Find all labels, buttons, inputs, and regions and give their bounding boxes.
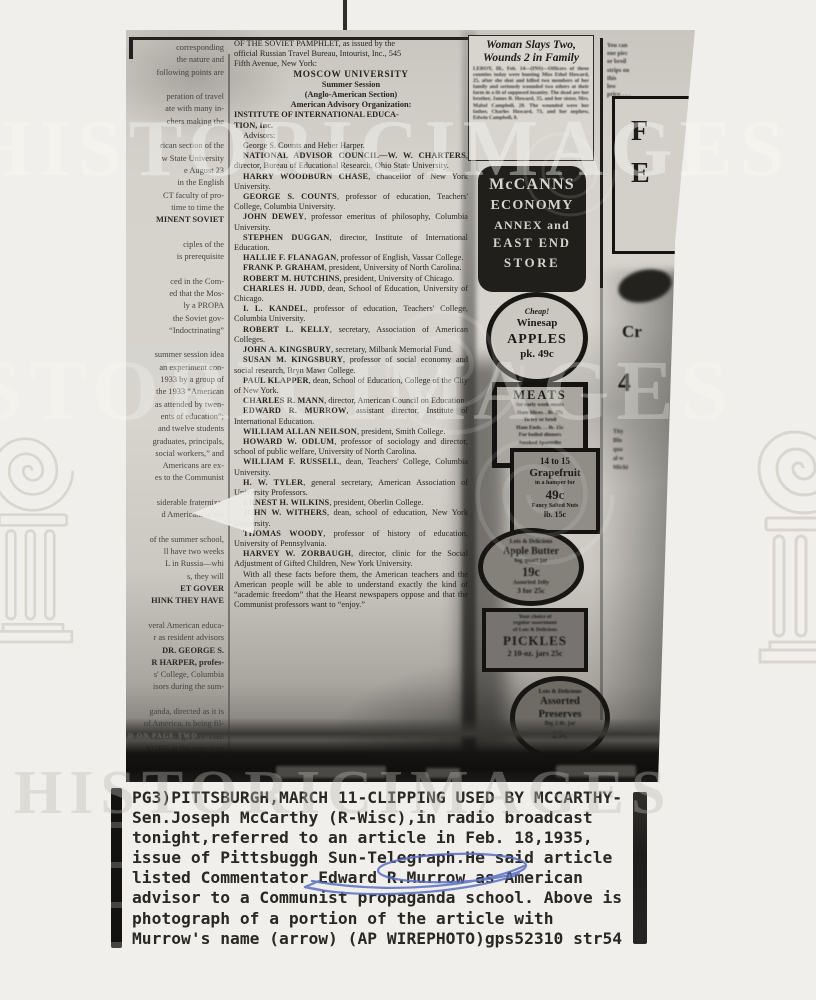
advisor-entry: WILLIAM F. RUSSELL, dean, Teachers' Coll… xyxy=(234,457,468,477)
left-column-line: in the English xyxy=(128,177,224,189)
advisor-entry: FRANK P. GRAHAM, president, University o… xyxy=(234,263,468,273)
right-column-fragment: 4 xyxy=(618,368,631,398)
left-column-line: r as resident advisors xyxy=(128,632,224,644)
left-column-line: the 1933 “American xyxy=(128,386,224,398)
left-column-line: ate with many in- xyxy=(128,103,224,115)
advisor-entry: HARVEY W. ZORBAUGH, director, clinic for… xyxy=(234,549,468,569)
left-article-column: correspondingthe nature andfollowing poi… xyxy=(128,42,228,829)
left-column-line: as attended by twen- xyxy=(128,399,224,411)
advisor-entry: HALLIE F. FLANAGAN, professor of English… xyxy=(234,253,468,263)
intro-line: official Russian Travel Bureau, Intouris… xyxy=(234,49,468,59)
left-column-line: ed that the Mos- xyxy=(128,288,224,300)
continued-on-page-two: D ON PAGE TWO xyxy=(128,732,198,740)
left-column-line: time to time the xyxy=(128,202,224,214)
advisor-entry: HARRY WOODBURN CHASE, chancellor of New … xyxy=(234,172,468,192)
column-rule xyxy=(600,38,603,288)
left-column-line: corresponding xyxy=(128,42,224,54)
advisor-entry: H. W. TYLER, general secretary, American… xyxy=(234,478,468,498)
apple-butter-ad-line: 19c xyxy=(483,565,579,580)
right-column-fragment: Cr xyxy=(622,322,642,342)
left-column-line xyxy=(128,263,224,275)
mccanns-ad-line: McCANNS xyxy=(478,176,586,194)
org-line: INSTITUTE OF INTERNATIONAL EDUCA- xyxy=(234,110,468,120)
right-column-text: You canone piecor broilstrips onthislowp… xyxy=(607,42,677,99)
left-column-line xyxy=(128,522,224,534)
photo-bottom-shadow: D ON PAGE TWO xyxy=(126,718,695,782)
apple-butter-ad-line: Apple Butter xyxy=(483,546,579,558)
meats-ad-line: For boiled dinners xyxy=(497,432,583,440)
grapefruit-ad: 14 to 15Grapefruitin a hamper for49cFanc… xyxy=(510,448,600,534)
left-column-line xyxy=(128,337,224,349)
left-column-line xyxy=(128,226,224,238)
column-logo-icon xyxy=(0,428,86,658)
right-column-ad-box: F E xyxy=(612,96,696,254)
left-column-line: ll have two weeks xyxy=(128,546,224,558)
newspaper-photo: correspondingthe nature andfollowing poi… xyxy=(126,30,695,782)
meats-ad-line: To fry or broil xyxy=(497,417,583,425)
meats-ad-line: Smoked Spareribs xyxy=(497,440,583,448)
left-column-line: is prerequisite xyxy=(128,251,224,263)
intro-line: OF THE SOVIET PAMPHLET, as issued by the xyxy=(234,39,468,49)
advisor-entry: EDWARD R. MURROW, assistant director, In… xyxy=(234,406,468,426)
left-column-line: CT faculty of pro- xyxy=(128,190,224,202)
advisor-entry: HOWARD W. ODLUM, professor of sociology … xyxy=(234,437,468,457)
left-column-line: summer session idea xyxy=(128,349,224,361)
advisor-entry: JOHN DEWEY, professor emeritus of philos… xyxy=(234,212,468,232)
apples-ad: Cheap!WinesapAPPLESpk. 49c xyxy=(486,292,588,384)
caption-line: tonight,referred to an article in Feb. 1… xyxy=(132,828,644,848)
mccanns-ad-line: ANNEX and xyxy=(478,218,586,233)
left-column-line: e August 23 xyxy=(128,165,224,177)
apple-butter-ad-line: big quart jar xyxy=(483,558,579,565)
ad-letter: E xyxy=(631,153,693,195)
wirephoto-caption: PG3)PITTSBURGH,MARCH 11-CLIPPING USED BY… xyxy=(132,788,644,949)
left-column-line: and twelve students xyxy=(128,423,224,435)
left-column-line: w State University xyxy=(128,153,224,165)
advisor-entry: ROBERT M. HUTCHINS, president, Universit… xyxy=(234,274,468,284)
meats-ad-line: MEATS xyxy=(497,389,583,402)
left-column-line: s, they will xyxy=(128,571,224,583)
right-column-line: this xyxy=(607,75,677,83)
right-column-line: Thy xyxy=(613,428,675,437)
apple-butter-ad: Lots & DeliciousApple Butterbig quart ja… xyxy=(478,528,584,606)
advisor-entry: SUSAN M. KINGSBURY, professor of social … xyxy=(234,355,468,375)
right-column-line: strips on xyxy=(607,67,677,75)
left-column-line: s' College, Columbia xyxy=(128,669,224,681)
apples-ad-line: APPLES xyxy=(491,331,583,349)
organization-name: INSTITUTE OF INTERNATIONAL EDUCA-TION, I… xyxy=(234,110,468,130)
press-photo-scan: { "photo": { "left_column": { "lines": [… xyxy=(0,0,816,1000)
intro-line: Fifth Avenue, New York: xyxy=(234,59,468,69)
right-column-line: Michi xyxy=(613,464,675,473)
left-column-line: HINK THEY HAVE xyxy=(128,595,224,607)
left-column-line xyxy=(128,608,224,620)
preserves-ad-line: Assorted xyxy=(515,696,605,709)
advisor-entry: THOMAS WOODY, professor of history of ed… xyxy=(234,529,468,549)
caption-line: advisor to a Communist propaganda school… xyxy=(132,888,644,908)
left-column-line: ET GOVER xyxy=(128,583,224,595)
right-column-line: or broil xyxy=(607,58,677,66)
soviet-pamphlet-article: OF THE SOVIET PAMPHLET, as issued by the… xyxy=(234,39,468,610)
left-column-line: Americans are ex- xyxy=(128,460,224,472)
left-column-line: ganda, directed as it is xyxy=(128,706,224,718)
left-column-line: isors during the sum- xyxy=(128,681,224,693)
left-column-line: L in Russia—whi xyxy=(128,558,224,570)
advisor-entry: ERNEST H. WILKINS, president, Oberlin Co… xyxy=(234,498,468,508)
left-column-line xyxy=(128,694,224,706)
advisor-entry: NATIONAL ADVISOR COUNCIL—W. W. CHARTERS,… xyxy=(234,151,468,171)
column-rule xyxy=(228,54,230,754)
left-column-line: “Indoctrinating” xyxy=(128,325,224,337)
left-column-line: of the summer school, xyxy=(128,534,224,546)
grapefruit-ad-line: in a hamper for xyxy=(514,480,596,487)
pickles-ad: Your choice ofregular assortmentof Lots … xyxy=(482,608,588,672)
grapefruit-ad-line: Grapefruit xyxy=(514,467,596,480)
cut-headline-fragment xyxy=(276,766,386,778)
advisors-label: Advisors: xyxy=(234,131,468,141)
left-column-line: R HARPER, profes- xyxy=(128,657,224,669)
mccanns-ad-line: ECONOMY xyxy=(478,198,586,214)
right-column-line: one piec xyxy=(607,50,677,58)
apples-ad-line: pk. 49c xyxy=(491,348,583,362)
news-headline: Woman Slays Two, xyxy=(473,39,589,52)
left-column-line: rican section of the xyxy=(128,140,224,152)
advisor-entry: ROBERT L. KELLY, secretary, Association … xyxy=(234,325,468,345)
caption-line: photograph of a portion of the article w… xyxy=(132,909,644,929)
left-column-line: the Soviet gov- xyxy=(128,313,224,325)
preserves-ad-line: Lots & Delicious xyxy=(515,689,605,696)
article-subheading: (Anglo-American Section) xyxy=(234,90,468,100)
advisor-entry: PAUL KLAPPER, dean, School of Education,… xyxy=(234,376,468,396)
right-column-text: ThyBluquaal wMichi xyxy=(613,428,675,473)
left-column-line: MINENT SOVIET xyxy=(128,214,224,226)
right-column-line: You can xyxy=(607,42,677,50)
meats-ad-line: Ham Slices. . lb. 27c xyxy=(497,410,583,418)
advisor-entry: WILLIAM ALLAN NEILSON, president, Smith … xyxy=(234,427,468,437)
caption-line: Sen.Joseph McCarthy (R-Wisc),in radio br… xyxy=(132,808,644,828)
left-column-line: veral American educa- xyxy=(128,620,224,632)
pickles-ad-line: PICKLES xyxy=(486,633,584,649)
left-column-line xyxy=(128,128,224,140)
advisor-entry: STEPHEN DUGGAN, director, Institute of I… xyxy=(234,233,468,253)
ad-letter: F xyxy=(631,111,693,153)
right-column-line: low xyxy=(607,83,677,91)
grapefruit-ad-line: Fancy Salted Nuts xyxy=(514,503,596,510)
advisor-entry: JOHN A. KINGSBURY, secretary, Milbank Me… xyxy=(234,345,468,355)
advisor-entries: NATIONAL ADVISOR COUNCIL—W. W. CHARTERS,… xyxy=(234,151,468,569)
article-subheading: American Advisory Organization: xyxy=(234,100,468,110)
pickles-ad-line: 2 10-oz. jars 25c xyxy=(486,649,584,659)
left-column-line: peration of travel xyxy=(128,91,224,103)
caption-line: listed Commentator Edward R.Murrow as Am… xyxy=(132,868,644,888)
column-rule xyxy=(600,280,603,720)
left-column-line: ced in the Com- xyxy=(128,276,224,288)
advisor-entry: JOHN W. WITHERS, dean, school of educati… xyxy=(234,508,468,528)
right-column-line: Blu xyxy=(613,437,675,446)
advisor-entry: I. L. KANDEL, professor of education, Te… xyxy=(234,304,468,324)
advisors-line: George S. Counts and Heber Harper. xyxy=(234,141,468,151)
left-column-line: 1933 by a group of xyxy=(128,374,224,386)
grapefruit-ad-line: 49c xyxy=(514,487,596,503)
advisor-entry: GEORGE S. COUNTS, professor of education… xyxy=(234,192,468,212)
right-column-line: qua xyxy=(613,446,675,455)
meats-ad-line: for early week meals xyxy=(497,402,583,410)
apples-ad-line: Cheap! xyxy=(491,307,583,317)
article-subheading: Summer Session xyxy=(234,80,468,90)
woman-slays-article: Woman Slays Two, Wounds 2 in Family LERO… xyxy=(468,35,594,161)
article-heading: MOSCOW UNIVERSITY xyxy=(234,70,468,80)
org-line: TION, Inc. xyxy=(234,121,468,131)
apple-butter-ad-line: 3 for 25c xyxy=(483,587,579,596)
cut-headline-fragment xyxy=(556,765,636,777)
apples-ad-line: Winesap xyxy=(491,317,583,331)
left-column-line xyxy=(128,79,224,91)
caption-line: PG3)PITTSBURGH,MARCH 11-CLIPPING USED BY… xyxy=(132,788,644,808)
film-edge-mark xyxy=(111,788,122,948)
article-intro: OF THE SOVIET PAMPHLET, as issued by the… xyxy=(234,39,468,70)
left-column-line: ly a PROPA xyxy=(128,300,224,312)
left-column-line: following points are xyxy=(128,67,224,79)
left-column-line: an experiment con- xyxy=(128,362,224,374)
cut-headline-fragment xyxy=(426,768,460,778)
mccanns-store-ad: McCANNSECONOMYANNEX andEAST ENDSTORE xyxy=(478,166,586,292)
grapefruit-ad-line: lb. 15c xyxy=(514,510,596,520)
left-column-line: the nature and xyxy=(128,54,224,66)
left-column-line: graduates, principals, xyxy=(128,436,224,448)
left-column-line xyxy=(128,485,224,497)
article-closing: With all these facts before them, the Am… xyxy=(234,570,468,611)
left-column-line: DR. GEORGE S. xyxy=(128,645,224,657)
news-body: LEROY, Ill., Feb. 14—(INS)—Officers of t… xyxy=(473,66,589,121)
news-headline: Wounds 2 in Family xyxy=(473,52,589,65)
left-column-line: chers making the xyxy=(128,116,224,128)
column-logo-icon xyxy=(744,420,816,680)
apple-butter-ad-line: Lots & Delicious xyxy=(483,539,579,546)
caption-line: Murrow's name (arrow) (AP WIREPHOTO)gps5… xyxy=(132,929,644,949)
left-column-line: ciples of the xyxy=(128,239,224,251)
left-column-line: social workers,” and xyxy=(128,448,224,460)
left-column-line: es to the Communist xyxy=(128,472,224,484)
advisor-entry: CHARLES H. JUDD, dean, School of Educati… xyxy=(234,284,468,304)
mccanns-ad-line: STORE xyxy=(478,255,586,271)
mccanns-ad-line: EAST END xyxy=(478,236,586,251)
grapefruit-ad-line: 14 to 15 xyxy=(514,456,596,467)
left-column-line: ents of education”; xyxy=(128,411,224,423)
meats-ad-line: Ham Ends. . . lb. 15c xyxy=(497,425,583,433)
advisor-entry: CHARLES R. MANN, director, American Coun… xyxy=(234,396,468,406)
right-column-line: al w xyxy=(613,455,675,464)
caption-line: issue of Pittsbuggh Sun-Telegraph.He sai… xyxy=(132,848,644,868)
